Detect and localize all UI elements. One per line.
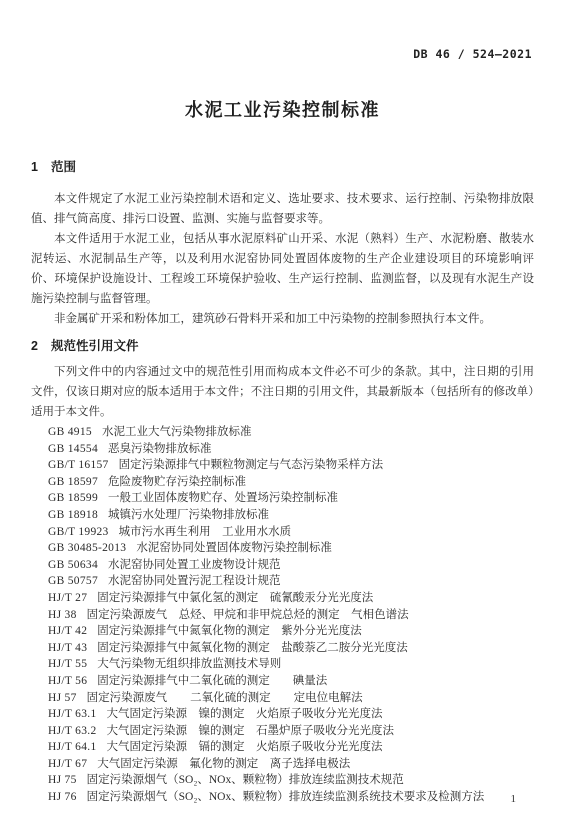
section-scope: 1范围 本文件规定了水泥工业污染控制术语和定义、选址要求、技术要求、运行控制、污… — [31, 159, 534, 329]
reference-title: 固定污染源排气中氮氧化物的测定 紫外分光光度法 — [97, 625, 362, 637]
reference-code: HJ 38 — [48, 607, 77, 624]
reference-item: GB 18597危险废物贮存污染控制标准 — [48, 474, 534, 491]
reference-code: HJ/T 56 — [48, 673, 87, 690]
references-intro-paragraph: 下列文件中的内容通过文中的规范性引用而构成本文件必不可少的条款。其中，注日期的引… — [31, 362, 534, 422]
reference-title: 固定污染源排气中氯化氢的测定 硫氰酸汞分光光度法 — [97, 592, 373, 604]
reference-title: 恶臭污染物排放标准 — [108, 443, 212, 455]
reference-code: HJ/T 64.1 — [48, 739, 97, 756]
reference-code: GB/T 16157 — [48, 457, 109, 474]
reference-item: GB/T 16157固定污染源排气中颗粒物测定与气态污染物采样方法 — [48, 457, 534, 474]
reference-title: 固定污染源废气 总烃、甲烷和非甲烷总烃的测定 气相色谱法 — [87, 609, 409, 621]
reference-item: HJ/T 67大气固定污染源 氟化物的测定 离子选择电极法 — [48, 756, 534, 773]
reference-item: HJ/T 55大气污染物无组织排放监测技术导则 — [48, 656, 534, 673]
reference-title: 危险废物贮存污染控制标准 — [108, 476, 246, 488]
section-2-title: 规范性引用文件 — [51, 339, 139, 353]
reference-item: HJ 76固定污染源烟气（SO₂、NOx、颗粒物）排放连续监测系统技术要求及检测… — [48, 789, 534, 806]
reference-code: GB 50634 — [48, 557, 98, 574]
reference-code: HJ 57 — [48, 690, 77, 707]
reference-item: HJ/T 42固定污染源排气中氮氧化物的测定 紫外分光光度法 — [48, 623, 534, 640]
reference-title: 水泥窑协同处置固体废物污染控制标准 — [136, 542, 332, 554]
scope-paragraph: 本文件规定了水泥工业污染控制术语和定义、选址要求、技术要求、运行控制、污染物排放… — [31, 189, 534, 229]
scope-paragraph: 非金属矿开采和粉体加工，建筑砂石骨料开采和加工中污染物的控制参照执行本文件。 — [31, 309, 534, 329]
reference-item: HJ 38固定污染源废气 总烃、甲烷和非甲烷总烃的测定 气相色谱法 — [48, 607, 534, 624]
reference-item: HJ/T 56固定污染源排气中二氧化硫的测定 碘量法 — [48, 673, 534, 690]
section-1-heading: 1范围 — [31, 159, 534, 176]
section-2-heading: 2规范性引用文件 — [31, 338, 534, 355]
section-1-title: 范围 — [51, 160, 76, 174]
reference-code: GB 18597 — [48, 474, 98, 491]
reference-item: GB 50757水泥窑协同处置污泥工程设计规范 — [48, 573, 534, 590]
reference-list: GB 4915水泥工业大气污染物排放标准 GB 14554恶臭污染物排放标准 G… — [31, 424, 534, 806]
reference-code: HJ/T 63.1 — [48, 706, 97, 723]
reference-title: 固定污染源排气中二氧化硫的测定 碘量法 — [97, 675, 327, 687]
reference-title: 大气固定污染源 氟化物的测定 离子选择电极法 — [97, 758, 350, 770]
page-number: 1 — [511, 793, 517, 805]
reference-title: 水泥窑协同处置工业废物设计规范 — [108, 559, 281, 571]
reference-title: 一般工业固体废物贮存、处置场污染控制标准 — [108, 492, 338, 504]
reference-item: GB 18918城镇污水处理厂污染物排放标准 — [48, 507, 534, 524]
reference-title: 大气固定污染源 镍的测定 火焰原子吸收分光光度法 — [107, 708, 383, 720]
reference-title: 城市污水再生利用 工业用水水质 — [119, 526, 292, 538]
reference-code: HJ/T 27 — [48, 590, 87, 607]
reference-code: HJ/T 67 — [48, 756, 87, 773]
reference-code: GB 18599 — [48, 490, 98, 507]
reference-code: HJ/T 43 — [48, 640, 87, 657]
document-title: 水泥工业污染控制标准 — [31, 98, 534, 122]
reference-title: 固定污染源排气中氮氧化物的测定 盐酸萘乙二胺分光光度法 — [97, 642, 408, 654]
reference-item: GB 30485-2013水泥窑协同处置固体废物污染控制标准 — [48, 540, 534, 557]
reference-item: HJ/T 63.1大气固定污染源 镍的测定 火焰原子吸收分光光度法 — [48, 706, 534, 723]
reference-title: 水泥窑协同处置污泥工程设计规范 — [108, 575, 281, 587]
reference-item: GB 18599一般工业固体废物贮存、处置场污染控制标准 — [48, 490, 534, 507]
reference-item: GB 14554恶臭污染物排放标准 — [48, 441, 534, 458]
reference-code: HJ 75 — [48, 772, 77, 789]
reference-item: HJ/T 27固定污染源排气中氯化氢的测定 硫氰酸汞分光光度法 — [48, 590, 534, 607]
doc-number: DB 46 / 524—2021 — [31, 47, 534, 62]
reference-title: 大气污染物无组织排放监测技术导则 — [97, 658, 281, 670]
reference-title: 大气固定污染源 镍的测定 石墨炉原子吸收分光光度法 — [107, 725, 395, 737]
reference-item: HJ 57固定污染源废气 二氧化硫的测定 定电位电解法 — [48, 690, 534, 707]
reference-item: HJ/T 64.1大气固定污染源 镉的测定 火焰原子吸收分光光度法 — [48, 739, 534, 756]
reference-title: 水泥工业大气污染物排放标准 — [102, 426, 252, 438]
reference-title: 固定污染源烟气（SO₂、NOx、颗粒物）排放连续监测技术规范 — [87, 774, 404, 786]
reference-item: GB/T 19923城市污水再生利用 工业用水水质 — [48, 524, 534, 541]
section-2-number: 2 — [31, 338, 38, 355]
reference-item: GB 50634水泥窑协同处置工业废物设计规范 — [48, 557, 534, 574]
reference-code: GB 50757 — [48, 573, 98, 590]
section-1-number: 1 — [31, 159, 38, 176]
reference-code: GB 4915 — [48, 424, 92, 441]
reference-code: GB 14554 — [48, 441, 98, 458]
scope-paragraph: 本文件适用于水泥工业，包括从事水泥原料矿山开采、水泥（熟料）生产、水泥粉磨、散装… — [31, 229, 534, 309]
reference-title: 固定污染源烟气（SO₂、NOx、颗粒物）排放连续监测系统技术要求及检测方法 — [87, 791, 485, 803]
reference-code: HJ/T 42 — [48, 623, 87, 640]
reference-title: 固定污染源废气 二氧化硫的测定 定电位电解法 — [87, 692, 363, 704]
reference-code: HJ/T 55 — [48, 656, 87, 673]
reference-code: HJ/T 63.2 — [48, 723, 97, 740]
document-page: DB 46 / 524—2021 水泥工业污染控制标准 1范围 本文件规定了水泥… — [0, 0, 564, 834]
reference-item: HJ/T 43固定污染源排气中氮氧化物的测定 盐酸萘乙二胺分光光度法 — [48, 640, 534, 657]
reference-code: HJ 76 — [48, 789, 77, 806]
reference-code: GB/T 19923 — [48, 524, 109, 541]
reference-code: GB 30485-2013 — [48, 540, 126, 557]
reference-item: GB 4915水泥工业大气污染物排放标准 — [48, 424, 534, 441]
reference-title: 固定污染源排气中颗粒物测定与气态污染物采样方法 — [119, 459, 384, 471]
reference-code: GB 18918 — [48, 507, 98, 524]
reference-item: HJ 75固定污染源烟气（SO₂、NOx、颗粒物）排放连续监测技术规范 — [48, 772, 534, 789]
reference-title: 大气固定污染源 镉的测定 火焰原子吸收分光光度法 — [107, 741, 383, 753]
reference-title: 城镇污水处理厂污染物排放标准 — [108, 509, 269, 521]
section-normative-references: 2规范性引用文件 下列文件中的内容通过文中的规范性引用而构成本文件必不可少的条款… — [31, 338, 534, 806]
reference-item: HJ/T 63.2大气固定污染源 镍的测定 石墨炉原子吸收分光光度法 — [48, 723, 534, 740]
